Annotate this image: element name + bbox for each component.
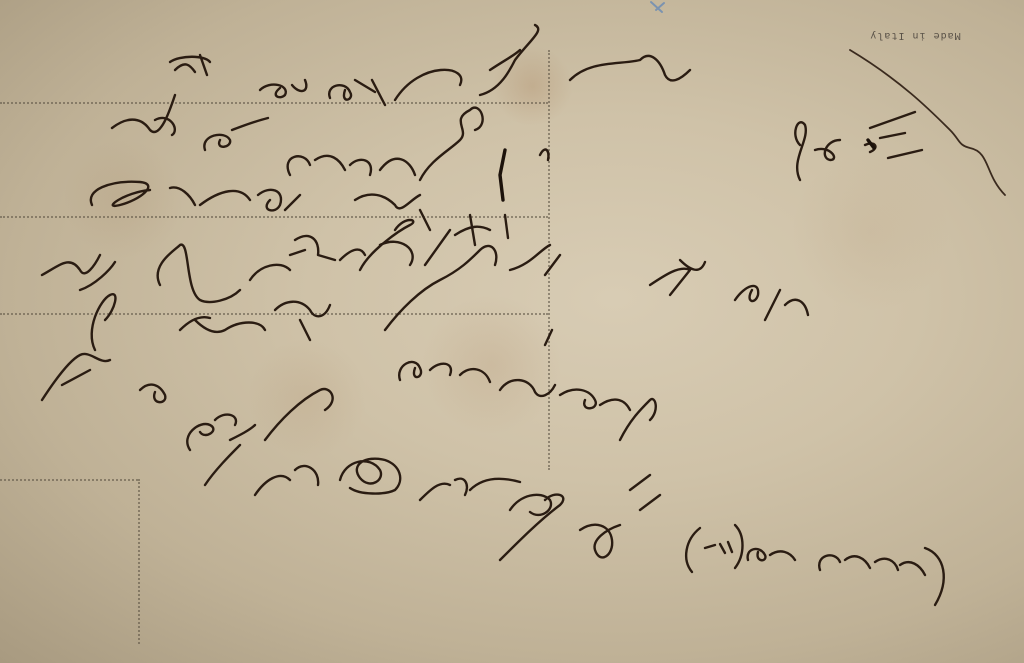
line4-word8 <box>735 286 808 320</box>
line5-word3 <box>180 317 265 332</box>
line1-word2 <box>260 80 306 97</box>
line2-word1 <box>112 95 175 135</box>
line5-word4 <box>275 302 330 340</box>
line5-mark <box>545 330 552 345</box>
line7-word1 <box>705 542 732 553</box>
line2-mark <box>540 150 548 160</box>
line7-word2 <box>748 549 795 560</box>
corner-stroke <box>850 50 1005 195</box>
line3-word2 <box>200 190 300 211</box>
line6-word1 <box>140 385 165 403</box>
line7-bracket-left <box>686 528 700 572</box>
line4-word3 <box>250 236 335 280</box>
line5-word2 <box>92 294 116 350</box>
line2-word4 <box>420 108 483 180</box>
date-strokes <box>865 112 922 158</box>
line5-word5 <box>399 362 490 382</box>
line2-bracket <box>500 150 505 200</box>
line6-word6 <box>420 479 520 500</box>
line4-word7 <box>650 260 705 295</box>
word-right-1 <box>795 122 840 180</box>
line2-word2 <box>204 118 268 150</box>
line7-bracket-right <box>925 548 944 605</box>
line3-word5 <box>455 215 508 245</box>
line7-bracket-inner <box>735 525 743 568</box>
handwriting <box>0 0 1024 663</box>
line6-word2 <box>187 415 255 450</box>
line4-word2 <box>158 245 240 302</box>
line3-word1 <box>91 182 195 206</box>
line6-word9 <box>630 475 660 510</box>
line2-word3 <box>288 156 415 175</box>
line1-word1 <box>170 55 210 75</box>
line4-word6 <box>510 245 560 275</box>
line1-word3 <box>329 70 461 105</box>
line1-word4 <box>480 25 538 95</box>
line4-word5 <box>385 246 496 330</box>
line6-word5 <box>340 459 400 494</box>
postcard-back: Made in Italy <box>0 0 1024 663</box>
line4-word1 <box>42 255 115 290</box>
line1-word5 <box>570 56 690 80</box>
line5-word6 <box>500 380 630 410</box>
line6-word8 <box>580 525 620 558</box>
line3-word3 <box>355 195 430 230</box>
line5-word1 <box>42 354 110 400</box>
line6-word7 <box>500 495 563 560</box>
line6-word4 <box>255 466 318 495</box>
line7-word3 <box>819 555 925 575</box>
